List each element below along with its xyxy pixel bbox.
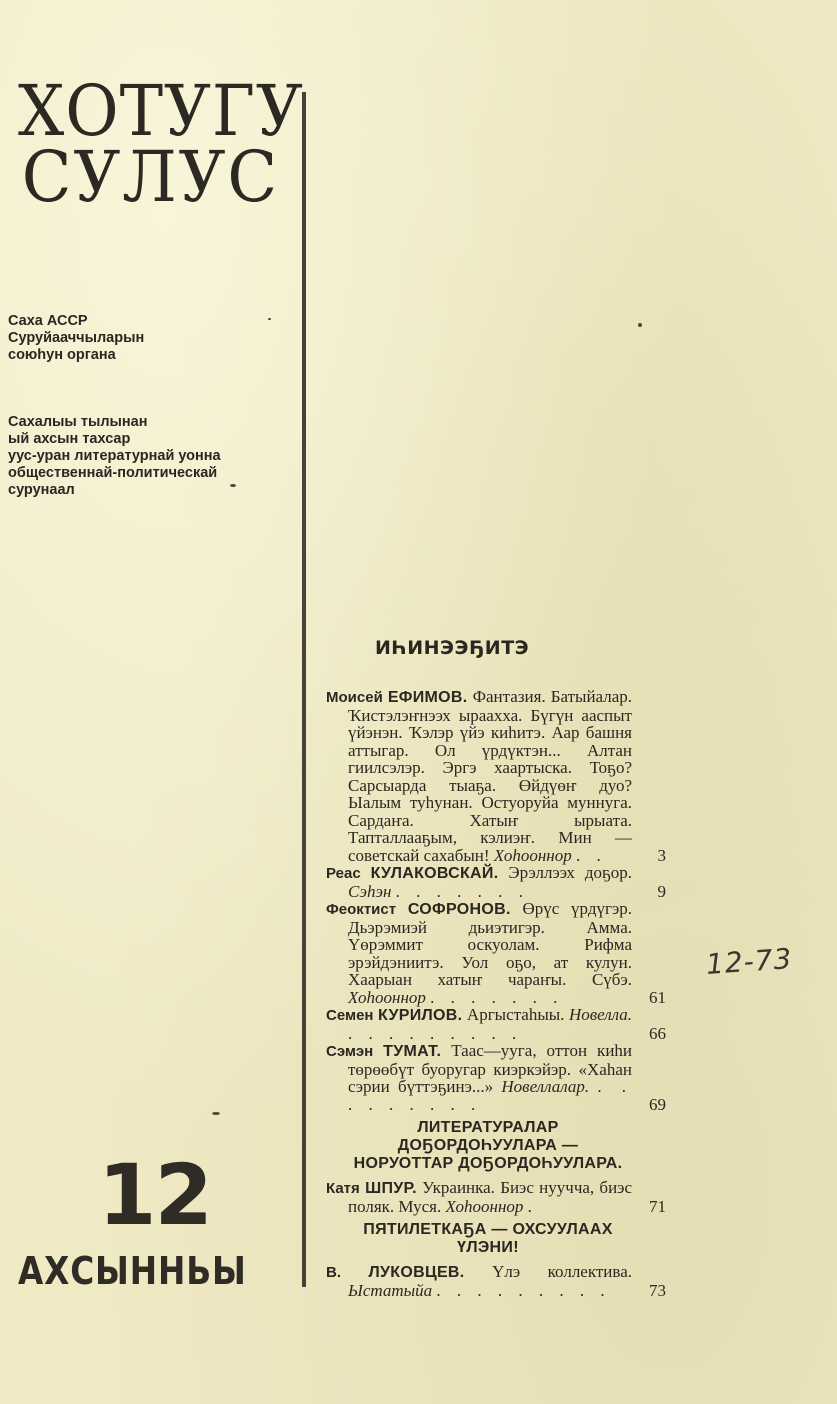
issue-number: 12 — [98, 1153, 211, 1237]
author-last-name: КУЛАКОВСКАЙ. — [371, 865, 499, 882]
leader-dots: . . . . . . . . . — [348, 1024, 522, 1043]
author-first-name: Феоктист — [326, 901, 396, 918]
toc-entry[interactable]: Катя ШПУР. Украинка. Биэс нууччa, биэс п… — [326, 1179, 666, 1215]
print-speck — [212, 1112, 220, 1115]
entry-page: 71 — [649, 1198, 666, 1216]
section-heading-five-year-plan: ПЯТИЛЕТКАҔА — ОХСУУЛААХ ҮЛЭНИ! — [326, 1221, 666, 1257]
issue-month: АХСЫННЬЫ — [18, 1252, 247, 1290]
entry-genre: Сэһэн — [348, 882, 391, 901]
magazine-description: Сахалыы тылынан ый ахсын тахсар уус-уран… — [8, 414, 221, 499]
entry-titles: Эрэллээх доҕор. — [508, 863, 632, 882]
print-speck — [230, 484, 236, 487]
toc-entry[interactable]: Моисей ЕФИМОВ. Фантазия. Батыйалар. Ҡист… — [326, 688, 666, 864]
description-line: общественнай-политическай — [8, 465, 221, 482]
description-line: Сахалыы тылынан — [8, 414, 221, 431]
entry-page: 3 — [658, 847, 667, 865]
entry-page: 66 — [649, 1025, 666, 1043]
table-of-contents: Моисей ЕФИМОВ. Фантазия. Батыйалар. Ҡист… — [326, 688, 666, 1299]
section-heading-line: ПЯТИЛЕТКАҔА — ОХСУУЛААХ — [326, 1221, 650, 1239]
publisher-line: Саха АССР — [8, 313, 144, 330]
entry-page: 69 — [649, 1096, 666, 1114]
leader-dots: . . . . . . . — [430, 988, 563, 1007]
entry-page: 73 — [649, 1282, 666, 1300]
section-heading-literatures: ЛИТЕРАТУРАЛАР ДОҔОРДОҺУУЛАРА — НОРУОТТАР… — [326, 1119, 666, 1173]
author-last-name: ЛУКОВЦЕВ. — [369, 1264, 465, 1281]
entry-genre: Хоһооннор — [446, 1197, 524, 1216]
toc-entry[interactable]: Феоктист СОФРОНОВ. Өрүс үрдүгэр. Дьэрэми… — [326, 900, 666, 1006]
entry-page: 61 — [649, 989, 666, 1007]
section-heading-line: ДОҔОРДОҺУУЛАРА — — [326, 1137, 650, 1155]
toc-entry[interactable]: Семен КУРИЛОВ. Аргыстаһыы. Новелла. . . … — [326, 1006, 666, 1042]
description-line: ый ахсын тахсар — [8, 431, 221, 448]
section-heading-line: НОРУОТТАР ДОҔОРДОҺУУЛАРА. — [326, 1155, 650, 1173]
entry-titles: Фантазия. Батыйалар. Ҡистэлэҥнээх ыраахх… — [348, 687, 632, 865]
magazine-title-line-2: СУЛУС — [18, 142, 288, 212]
entry-genre: Хоһооннор — [494, 846, 572, 865]
magazine-title: ХОТУГУ СУЛУС — [18, 76, 308, 212]
author-first-name: В. — [326, 1264, 341, 1281]
entry-page: 9 — [658, 883, 667, 901]
toc-entry[interactable]: В. ЛУКОВЦЕВ. Үлэ коллектива. Ыстатыйа . … — [326, 1263, 666, 1299]
description-line: уус-уран литературнай уонна — [8, 448, 221, 465]
author-last-name: ЕФИМОВ. — [388, 689, 468, 706]
section-heading-line: ЛИТЕРАТУРАЛАР — [326, 1119, 650, 1137]
handwritten-note: 12-73 — [705, 942, 793, 981]
author-last-name: СОФРОНОВ. — [408, 901, 511, 918]
publisher-info: Саха АССР Суруйааччыларын союһун органа — [8, 313, 144, 364]
print-speck — [638, 323, 642, 327]
author-first-name: Семен — [326, 1007, 373, 1024]
publisher-line: союһун органа — [8, 347, 144, 364]
author-last-name: ТУМАТ. — [383, 1043, 441, 1060]
author-first-name: Сэмэн — [326, 1043, 373, 1060]
leader-dots: . . . . . . . . . — [436, 1281, 610, 1300]
leader-dots: . — [528, 1197, 538, 1216]
author-first-name: Реас — [326, 865, 361, 882]
leader-dots: . . — [576, 846, 607, 865]
entry-titles: Аргыстаһыы. — [467, 1005, 565, 1024]
author-last-name: КУРИЛОВ. — [378, 1007, 462, 1024]
description-line: сурунаал — [8, 482, 221, 499]
section-heading-line: ҮЛЭНИ! — [326, 1239, 650, 1257]
print-speck — [268, 318, 271, 320]
entry-genre: Новелла. — [569, 1005, 632, 1024]
contents-title: ИҺИНЭЭҔИТЭ — [375, 637, 529, 659]
vertical-divider — [302, 92, 306, 1287]
author-first-name: Катя — [326, 1180, 360, 1197]
author-first-name: Моисей — [326, 689, 383, 706]
entry-genre: Новеллалар. — [501, 1077, 589, 1096]
author-last-name: ШПУР. — [365, 1180, 417, 1197]
publisher-line: Суруйааччыларын — [8, 330, 144, 347]
leader-dots: . . . . . . . — [396, 882, 529, 901]
entry-genre: Хоһооннор — [348, 988, 426, 1007]
entry-genre: Ыстатыйа — [348, 1281, 432, 1300]
toc-entry[interactable]: Реас КУЛАКОВСКАЙ. Эрэллээх доҕор. Сэһэн … — [326, 864, 666, 900]
entry-titles: Үлэ коллектива. — [492, 1262, 632, 1281]
toc-entry[interactable]: Сэмэн ТУМАТ. Таас—ууга, оттон киһи төрөө… — [326, 1042, 666, 1113]
